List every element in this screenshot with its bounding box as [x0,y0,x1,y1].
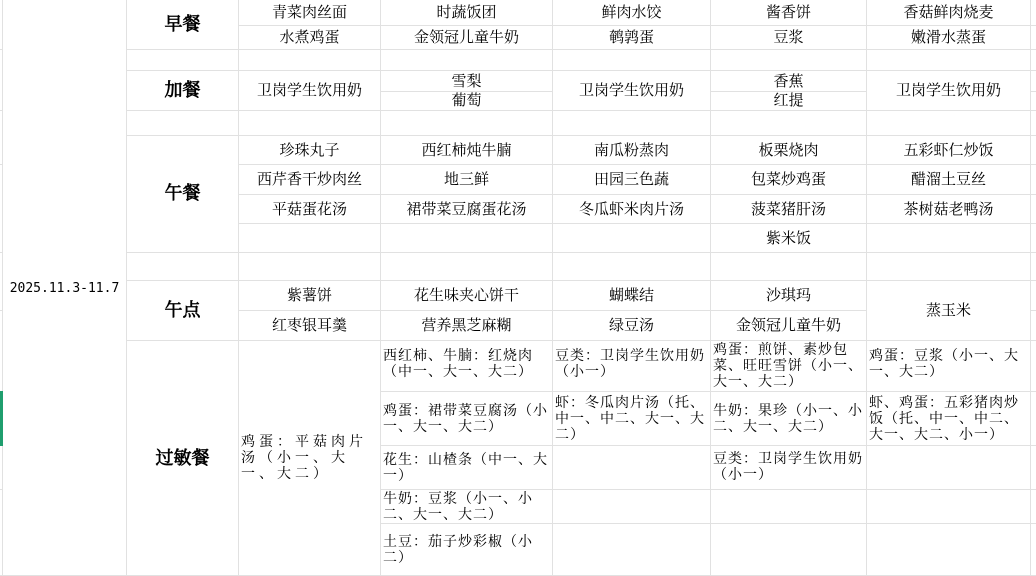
breakfast-cell[interactable]: 嫩滑水蒸蛋 [867,26,1030,49]
allergy-cell[interactable]: 虾、鸡蛋：五彩猪肉炒饭（托、中一、中二、大一、大二、小一） [867,392,1030,445]
breakfast-cell[interactable]: 青菜肉丝面 [239,0,380,25]
allergy-cell[interactable]: 花生：山楂条（中一、大一） [381,446,552,489]
allergy-cell[interactable]: 鸡蛋：煎饼、素炒包菜、旺旺雪饼（小一、大一、大二） [711,341,866,391]
afternoon-cell[interactable]: 蝴蝶结 [553,281,710,310]
lunch-cell[interactable]: 五彩虾仁炒饭 [867,136,1030,164]
meal-label-breakfast[interactable]: 早餐 [127,0,238,49]
meal-label-text: 午餐 [165,185,201,202]
afternoon-cell[interactable]: 红枣银耳羹 [239,311,380,340]
afternoon-cell[interactable]: 营养黑芝麻糊 [381,311,552,340]
lunch-cell[interactable]: 田园三色蔬 [553,165,710,194]
breakfast-cell[interactable]: 鲜肉水饺 [553,0,710,25]
breakfast-cell[interactable]: 时蔬饭团 [381,0,552,25]
meal-label-allergy[interactable]: 过敏餐 [127,340,238,576]
gridline [0,252,2,253]
lunch-cell[interactable]: 裙带菜豆腐蛋花汤 [381,195,552,223]
breakfast-cell[interactable]: 香菇鲜肉烧麦 [867,0,1030,25]
lunch-cell[interactable]: 西芹香干炒肉丝 [239,165,380,194]
snack-cell[interactable]: 卫岗学生饮用奶 [553,71,710,110]
meal-label-afternoon[interactable]: 午点 [127,280,238,340]
snack-item: 香蕉 [773,72,803,91]
lunch-cell[interactable]: 包菜炒鸡蛋 [711,165,866,194]
lunch-cell[interactable]: 西红柿炖牛腩 [381,136,552,164]
snack-cell[interactable]: 香蕉 红提 [711,71,866,110]
gridline [126,252,1036,253]
week-date-cell[interactable]: 2025.11.3-11.7 [3,0,126,576]
allergy-cell[interactable]: 土豆：茄子炒彩椒（小二） [381,524,552,575]
breakfast-cell[interactable]: 金领冠儿童牛奶 [381,26,552,49]
afternoon-cell[interactable]: 金领冠儿童牛奶 [711,311,866,340]
afternoon-cell[interactable]: 沙琪玛 [711,281,866,310]
allergy-cell[interactable]: 豆类：卫岗学生饮用奶（小一） [711,450,866,489]
snack-cell[interactable]: 雪梨 葡萄 [381,71,552,110]
gridline [0,164,2,165]
allergy-cell[interactable]: 牛奶：果珍（小一、小二、大一、大二） [711,392,866,445]
snack-item: 葡萄 [451,91,481,110]
gridline [1030,91,1036,92]
lunch-cell[interactable]: 珍珠丸子 [239,136,380,164]
allergy-cell[interactable]: 鸡蛋：裙带菜豆腐汤（小一、大一、大二） [381,392,552,445]
breakfast-cell[interactable]: 水煮鸡蛋 [239,26,380,49]
gridline [0,49,2,50]
gridline [0,489,2,490]
breakfast-cell[interactable]: 鹌鹑蛋 [553,26,710,49]
lunch-cell[interactable]: 地三鲜 [381,165,552,194]
meal-label-text: 早餐 [165,16,201,33]
afternoon-cell[interactable]: 花生味夹心饼干 [381,281,552,310]
meal-label-text: 过敏餐 [156,450,210,467]
gridline [126,49,1036,50]
allergy-cell[interactable]: 鸡蛋：豆浆（小一、大一、大二） [867,347,1030,391]
meal-label-text: 午点 [165,302,201,319]
lunch-cell[interactable]: 平菇蛋花汤 [239,195,380,223]
gridline [238,223,1036,224]
afternoon-cell[interactable]: 绿豆汤 [553,311,710,340]
gridline [0,310,2,311]
meal-label-text: 加餐 [165,82,201,99]
allergy-cell[interactable]: 西红柿、牛腩：红烧肉（中一、大一、大二） [381,347,552,391]
lunch-cell[interactable]: 醋溜土豆丝 [867,165,1030,194]
gridline [1030,310,1036,311]
lunch-cell[interactable]: 菠菜猪肝汤 [711,195,866,223]
meal-label-snack[interactable]: 加餐 [127,70,238,110]
gridline [126,110,1036,111]
snack-item: 红提 [773,91,803,110]
allergy-cell-monday[interactable]: 鸡蛋：平菇肉片汤（小一、大一、大二） [239,341,380,575]
allergy-cell[interactable]: 豆类：卫岗学生饮用奶（小一） [553,347,710,391]
lunch-cell[interactable]: 茶树菇老鸭汤 [867,195,1030,223]
snack-cell[interactable]: 卫岗学生饮用奶 [239,71,380,110]
lunch-cell[interactable]: 冬瓜虾米肉片汤 [553,195,710,223]
snack-item: 雪梨 [451,72,481,91]
lunch-cell[interactable]: 紫米饭 [711,224,866,252]
afternoon-cell[interactable]: 蒸玉米 [867,281,1030,340]
afternoon-cell[interactable]: 紫薯饼 [239,281,380,310]
breakfast-cell[interactable]: 酱香饼 [711,0,866,25]
spreadsheet-grid: 2025.11.3-11.7 早餐 加餐 午餐 午点 过敏餐 青菜肉丝面 时蔬饭… [0,0,1036,576]
lunch-cell[interactable]: 板栗烧肉 [711,136,866,164]
meal-label-lunch[interactable]: 午餐 [127,135,238,252]
week-date: 2025.11.3-11.7 [10,280,120,297]
allergy-cell[interactable]: 牛奶：豆浆（小一、小二、大一、大二） [381,490,552,523]
gridline [0,110,2,111]
lunch-cell[interactable]: 南瓜粉蒸肉 [553,136,710,164]
allergy-cell[interactable]: 虾：冬瓜肉片汤（托、中一、中二、大一、大二） [553,392,710,445]
breakfast-cell[interactable]: 豆浆 [711,26,866,49]
snack-cell[interactable]: 卫岗学生饮用奶 [867,71,1030,110]
